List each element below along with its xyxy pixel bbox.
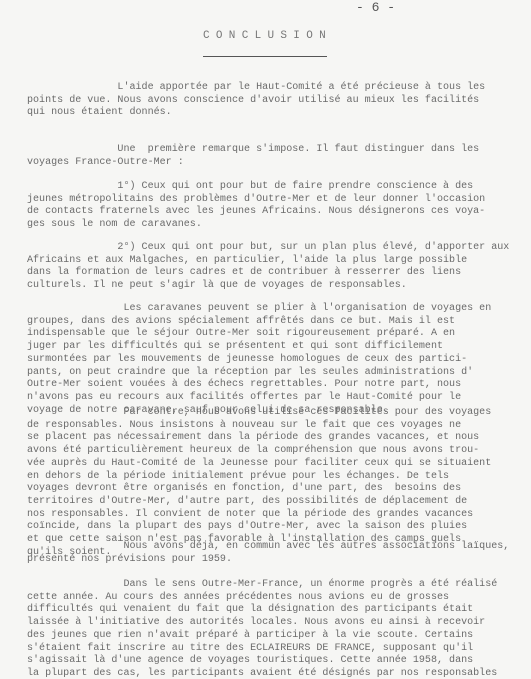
- text-line: qui nous étaient donnés.: [27, 107, 527, 120]
- paragraph-3: 1°) Ceux qui ont pour but de faire prend…: [27, 181, 527, 232]
- text-line: territoires d'Outre-Mer, d'autre part, d…: [27, 496, 527, 509]
- text-line: Par contre, nous avons utilisé ces facil…: [27, 407, 527, 420]
- text-line: Une première remarque s'impose. Il faut …: [27, 144, 527, 157]
- document-page: - 6 - CONCLUSION L'aide apportée par le …: [0, 0, 531, 679]
- text-line: la plupart des cas, les participants ava…: [27, 668, 527, 679]
- paragraph-7: Nous avons déjà, en commun avec les autr…: [27, 541, 527, 566]
- text-line: cette année. Au cours des années précéde…: [27, 592, 527, 605]
- text-line: Nous avons déjà, en commun avec les autr…: [27, 541, 527, 554]
- text-line: culturels. Il ne peut s'agir là que de v…: [27, 280, 527, 293]
- page-number: - 6 -: [356, 0, 395, 15]
- text-line: difficultés qui venaient du fait que la …: [27, 604, 527, 617]
- text-line: groupes, dans des avions spécialement af…: [27, 316, 527, 329]
- text-line: ges sous le nom de caravanes.: [27, 219, 527, 232]
- title-underline: [203, 56, 327, 57]
- text-line: avons été particulièrement heureux de la…: [27, 445, 527, 458]
- paragraph-2: Une première remarque s'impose. Il faut …: [27, 144, 527, 169]
- text-line: Les caravanes peuvent se plier à l'organ…: [27, 303, 527, 316]
- paragraph-6: Par contre, nous avons utilisé ces facil…: [27, 407, 527, 559]
- text-line: coïncide, dans la plupart des pays d'Out…: [27, 521, 527, 534]
- text-line: des jeunes que rien n'avait préparé à pa…: [27, 630, 527, 643]
- text-line: de responsables. Nous insistons à nouvea…: [27, 420, 527, 433]
- text-line: pants, on peut craindre que la réception…: [27, 367, 527, 380]
- text-line: dans la formation de leurs cadres et de …: [27, 267, 527, 280]
- text-line: se placent pas nécessairement dans la pé…: [27, 432, 527, 445]
- text-line: 1°) Ceux qui ont pour but de faire prend…: [27, 181, 527, 194]
- text-line: Africains et aux Malgaches, en particuli…: [27, 255, 527, 268]
- text-line: Outre-Mer soient vouées à des échecs reg…: [27, 379, 527, 392]
- text-line: s'étaient fait inscrire au titre des ECL…: [27, 643, 527, 656]
- text-line: présenté nos prévisions pour 1959.: [27, 554, 527, 567]
- text-line: 2°) Ceux qui ont pour but, sur un plan p…: [27, 242, 527, 255]
- text-line: points de vue. Nous avons conscience d'a…: [27, 95, 527, 108]
- paragraph-5: Les caravanes peuvent se plier à l'organ…: [27, 303, 527, 417]
- text-line: n'avons pas eu recours aux facilités off…: [27, 392, 527, 405]
- section-title: CONCLUSION: [203, 30, 332, 42]
- paragraph-4: 2°) Ceux qui ont pour but, sur un plan p…: [27, 242, 527, 293]
- text-line: laissée à l'initiative des autorités loc…: [27, 617, 527, 630]
- text-line: de contacts fraternels avec les jeunes A…: [27, 206, 527, 219]
- text-line: voyages devront être organisés en foncti…: [27, 483, 527, 496]
- text-line: surmontées par les mouvements de jeuness…: [27, 354, 527, 367]
- text-line: Dans le sens Outre-Mer-France, un énorme…: [27, 579, 527, 592]
- text-line: juger par les difficultés qui se présent…: [27, 341, 527, 354]
- text-line: vée auprès du Haut-Comité de la Jeunesse…: [27, 458, 527, 471]
- paragraph-1: L'aide apportée par le Haut-Comité a été…: [27, 82, 527, 120]
- text-line: en dehors de la période initialement pré…: [27, 471, 527, 484]
- text-line: nos responsables. Il convient de noter q…: [27, 509, 527, 522]
- text-line: s'agissait là d'une agence de voyages to…: [27, 655, 527, 668]
- text-line: jeunes métropolitains des problèmes d'Ou…: [27, 194, 527, 207]
- paragraph-8: Dans le sens Outre-Mer-France, un énorme…: [27, 579, 527, 679]
- text-line: indispensable que le séjour Outre-Mer so…: [27, 328, 527, 341]
- text-line: voyages France-Outre-Mer :: [27, 157, 527, 170]
- text-line: L'aide apportée par le Haut-Comité a été…: [27, 82, 527, 95]
